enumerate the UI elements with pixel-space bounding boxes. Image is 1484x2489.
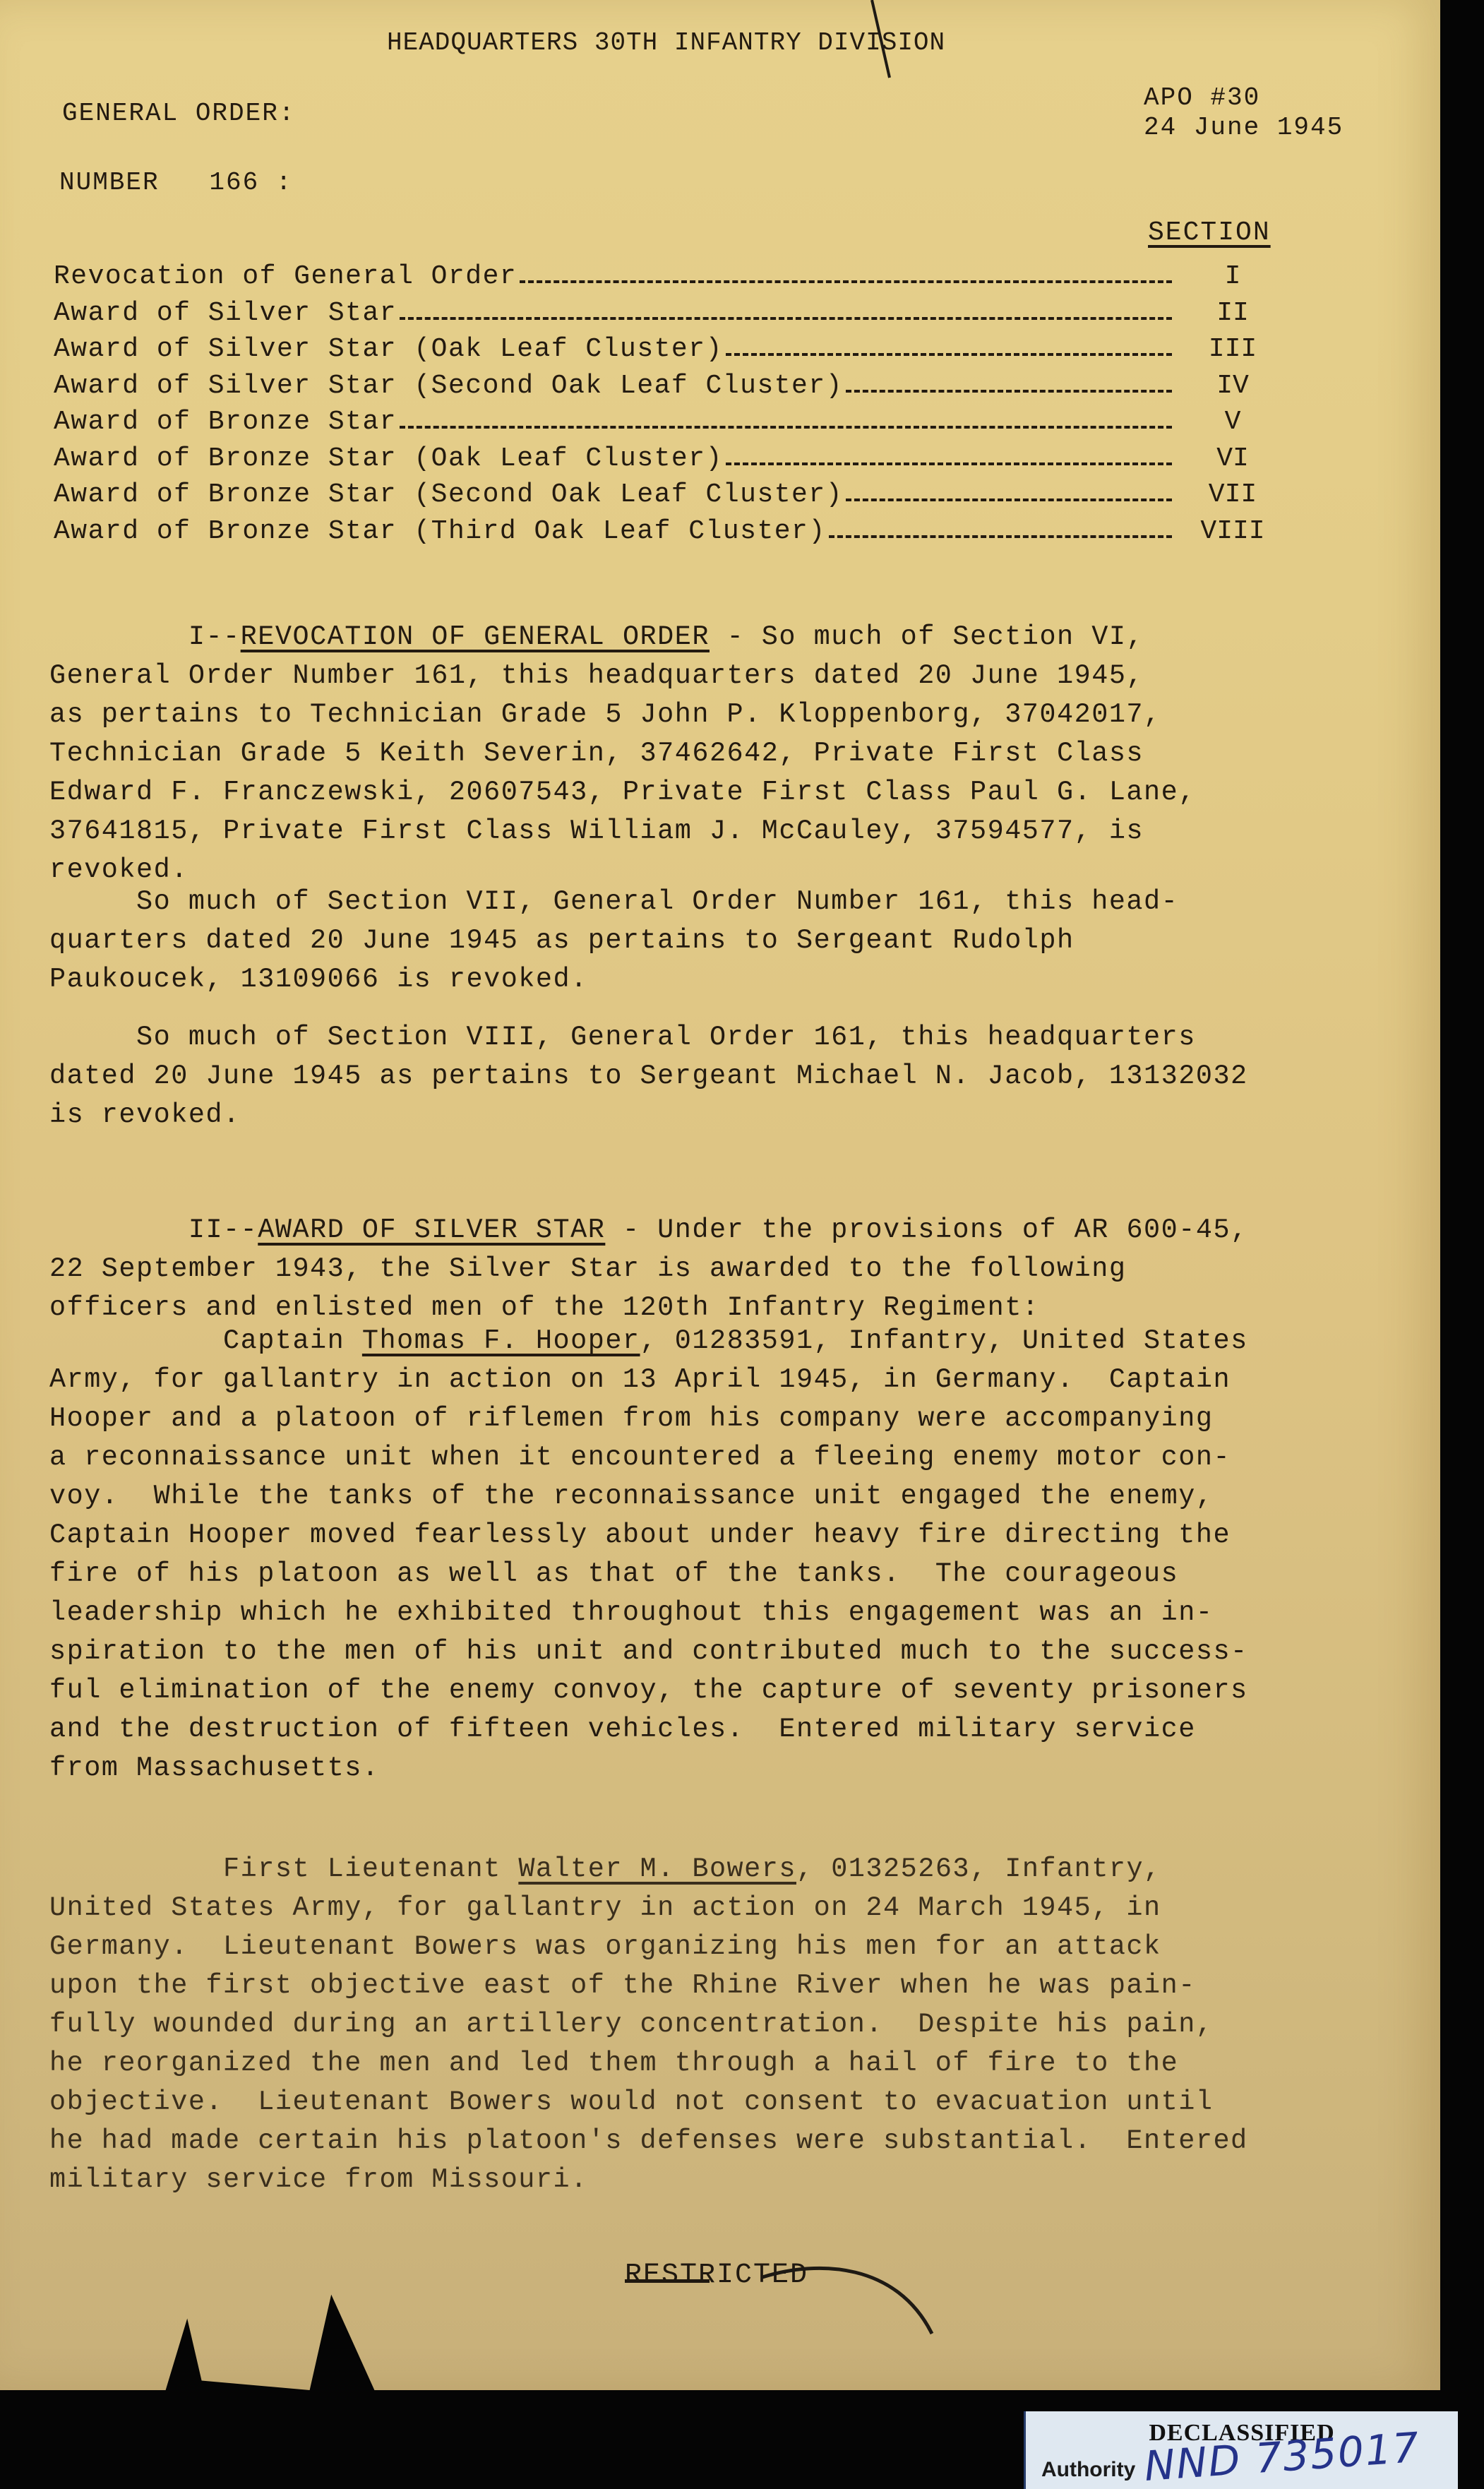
- section-index-row: Award of Silver Star (Oak Leaf Cluster)I…: [54, 334, 1289, 369]
- section-index-row: Award of Bronze Star (Third Oak Leaf Clu…: [54, 516, 1289, 551]
- leader-dashes: [846, 499, 1172, 501]
- section-index-number: VIII: [1176, 516, 1289, 547]
- section-index-row: Award of Bronze StarV: [54, 407, 1289, 442]
- leader-dashes: [400, 317, 1172, 320]
- section-index-number: VI: [1176, 443, 1289, 474]
- section-index-row: Award of Bronze Star (Oak Leaf Cluster)V…: [54, 443, 1289, 479]
- section-ii-intro: II--AWARD OF SILVER STAR - Under the pro…: [49, 1172, 1433, 1327]
- section-index-number: II: [1176, 298, 1289, 328]
- section-ii-heading: AWARD OF SILVER STAR: [258, 1214, 605, 1246]
- section-index-label: Award of Bronze Star (Second Oak Leaf Cl…: [54, 479, 843, 510]
- section-index-number: IV: [1176, 371, 1289, 401]
- leader-dashes: [726, 353, 1172, 356]
- section-index-label: Award of Bronze Star (Third Oak Leaf Clu…: [54, 516, 826, 547]
- section-index-label: Award of Bronze Star: [54, 407, 397, 437]
- section-index-label: Award of Silver Star (Second Oak Leaf Cl…: [54, 371, 843, 401]
- citation-rank: Captain: [49, 1325, 362, 1356]
- leader-dashes: [829, 535, 1172, 538]
- citation-text: , 01283591, Infantry, United States Army…: [49, 1325, 1248, 1784]
- section-i-paragraph-2: So much of Section VII, General Order Nu…: [49, 883, 1433, 999]
- section-index-row: Award of Silver StarII: [54, 298, 1289, 333]
- section-index-row: Revocation of General OrderI: [54, 261, 1289, 297]
- leader-dashes: [520, 280, 1172, 283]
- section-i-paragraph-1: I--REVOCATION OF GENERAL ORDER - So much…: [49, 579, 1433, 890]
- leader-dashes: [400, 426, 1172, 429]
- pen-stroke-mark: [755, 2263, 939, 2341]
- order-date: 24 June 1945: [1144, 113, 1344, 142]
- section-i-paragraph-3: So much of Section VIII, General Order 1…: [49, 1018, 1433, 1135]
- leader-dashes: [726, 462, 1172, 465]
- citation-rank: First Lieutenant: [49, 1854, 518, 1885]
- citation-bowers: First Lieutenant Walter M. Bowers, 01325…: [49, 1850, 1433, 2199]
- citation-name: Walter M. Bowers: [518, 1854, 796, 1885]
- apo-number: APO #30: [1144, 83, 1260, 112]
- leader-dashes: [846, 390, 1172, 393]
- section-index-label: Revocation of General Order: [54, 261, 517, 292]
- declassified-label: DECLASSIFIED Authority NND 735017: [1024, 2411, 1458, 2489]
- section-column-heading: SECTION: [1148, 217, 1271, 248]
- section-index-number: I: [1176, 261, 1289, 292]
- section-index-row: Award of Bronze Star (Second Oak Leaf Cl…: [54, 479, 1289, 515]
- section-index-label: Award of Silver Star: [54, 298, 397, 328]
- section-index-label: Award of Bronze Star (Oak Leaf Cluster): [54, 443, 723, 474]
- citation-text: , 01325263, Infantry, United States Army…: [49, 1854, 1248, 2195]
- section-index-number: VII: [1176, 479, 1289, 510]
- citation-name: Thomas F. Hooper: [362, 1325, 640, 1356]
- section-index-number: V: [1176, 407, 1289, 437]
- section-index-row: Award of Silver Star (Second Oak Leaf Cl…: [54, 371, 1289, 406]
- section-ii-prefix: II--: [189, 1214, 258, 1246]
- section-i-prefix: I--: [189, 621, 241, 652]
- scan-background: [1440, 0, 1484, 2489]
- section-i-heading: REVOCATION OF GENERAL ORDER: [241, 621, 710, 652]
- order-number: NUMBER 166 :: [59, 168, 292, 197]
- pen-line-mark: [868, 0, 911, 85]
- strikethrough-mark: [625, 2279, 710, 2283]
- citation-hooper: Captain Thomas F. Hooper, 01283591, Infa…: [49, 1322, 1433, 1788]
- section-index-number: III: [1176, 334, 1289, 364]
- general-order-label: GENERAL ORDER:: [62, 99, 295, 128]
- division-heading: HEADQUARTERS 30TH INFANTRY DIVISION: [387, 28, 945, 57]
- section-index-label: Award of Silver Star (Oak Leaf Cluster): [54, 334, 723, 364]
- authority-label: Authority: [1041, 2458, 1135, 2482]
